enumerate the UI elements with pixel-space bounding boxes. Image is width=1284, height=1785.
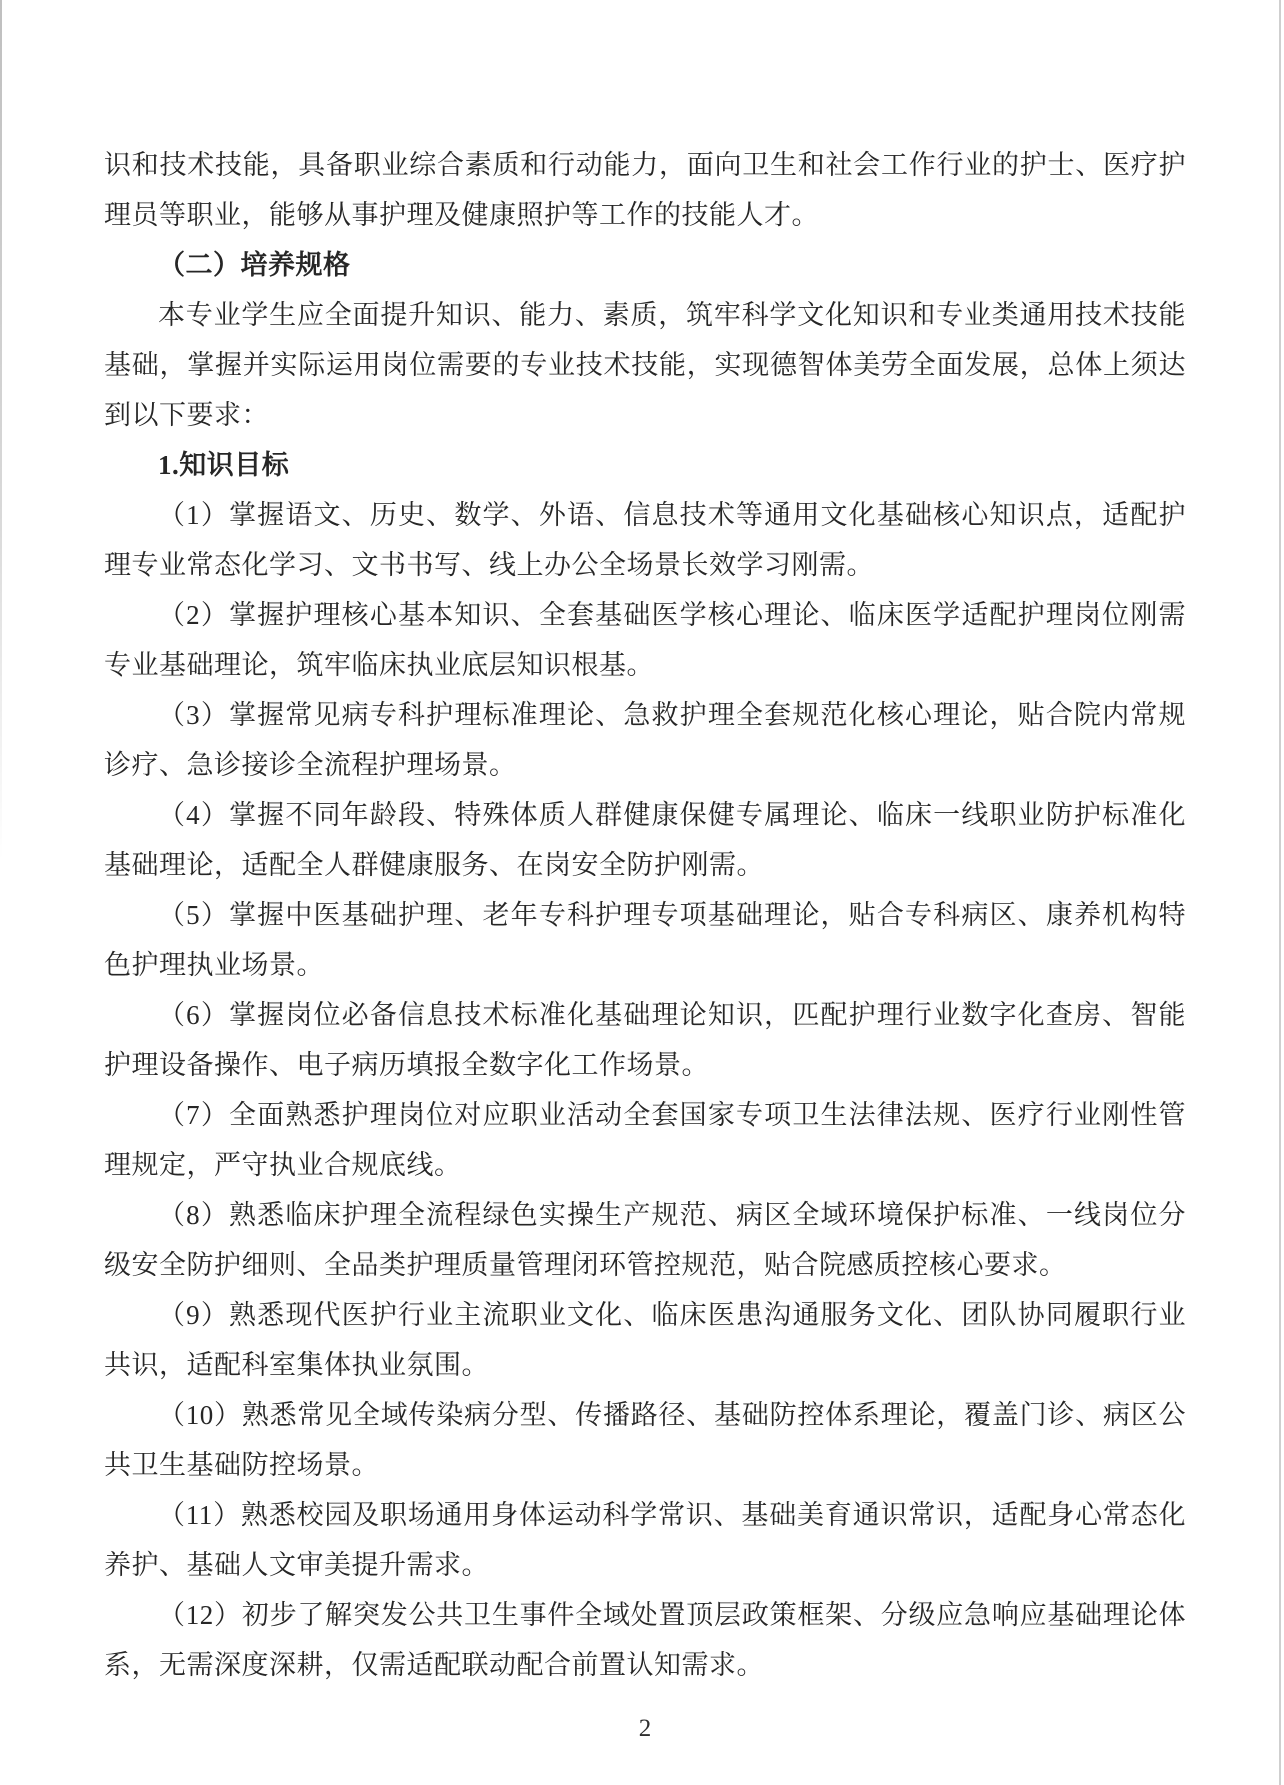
paragraph: （9）熟悉现代医护行业主流职业文化、临床医患沟通服务文化、团队协同履职行业共识，… xyxy=(104,1290,1186,1390)
paragraph: （2）掌握护理核心基本知识、全套基础医学核心理论、临床医学适配护理岗位刚需专业基… xyxy=(104,590,1186,690)
paragraph: （10）熟悉常见全域传染病分型、传播路径、基础防控体系理论，覆盖门诊、病区公共卫… xyxy=(104,1390,1186,1490)
paragraph: （3）掌握常见病专科护理标准理论、急救护理全套规范化核心理论，贴合院内常规诊疗、… xyxy=(104,690,1186,790)
page-edge-line-left xyxy=(0,0,2,860)
paragraph: （11）熟悉校园及职场通用身体运动科学常识、基础美育通识常识，适配身心常态化养护… xyxy=(104,1490,1186,1590)
paragraph: （1）掌握语文、历史、数学、外语、信息技术等通用文化基础核心知识点，适配护理专业… xyxy=(104,490,1186,590)
document-page: 识和技术技能，具备职业综合素质和行动能力，面向卫生和社会工作行业的护士、医疗护理… xyxy=(0,0,1284,1785)
paragraph: （8）熟悉临床护理全流程绿色实操生产规范、病区全域环境保护标准、一线岗位分级安全… xyxy=(104,1190,1186,1290)
paragraph: 本专业学生应全面提升知识、能力、素质，筑牢科学文化知识和专业类通用技术技能基础，… xyxy=(104,290,1186,440)
paragraph: （6）掌握岗位必备信息技术标准化基础理论知识，匹配护理行业数字化查房、智能护理设… xyxy=(104,990,1186,1090)
paragraph: （7）全面熟悉护理岗位对应职业活动全套国家专项卫生法律法规、医疗行业刚性管理规定… xyxy=(104,1090,1186,1190)
paragraph: 1.知识目标 xyxy=(104,440,1186,490)
paragraph: （5）掌握中医基础护理、老年专科护理专项基础理论，贴合专科病区、康养机构特色护理… xyxy=(104,890,1186,990)
page-number: 2 xyxy=(104,1712,1186,1746)
page-edge-line-right xyxy=(1279,0,1281,1785)
paragraph: 识和技术技能，具备职业综合素质和行动能力，面向卫生和社会工作行业的护士、医疗护理… xyxy=(104,140,1186,240)
paragraph: （二）培养规格 xyxy=(104,240,1186,290)
paragraph: （4）掌握不同年龄段、特殊体质人群健康保健专属理论、临床一线职业防护标准化基础理… xyxy=(104,790,1186,890)
paragraph: （12）初步了解突发公共卫生事件全域处置顶层政策框架、分级应急响应基础理论体系，… xyxy=(104,1590,1186,1690)
document-body: 识和技术技能，具备职业综合素质和行动能力，面向卫生和社会工作行业的护士、医疗护理… xyxy=(104,140,1186,1690)
